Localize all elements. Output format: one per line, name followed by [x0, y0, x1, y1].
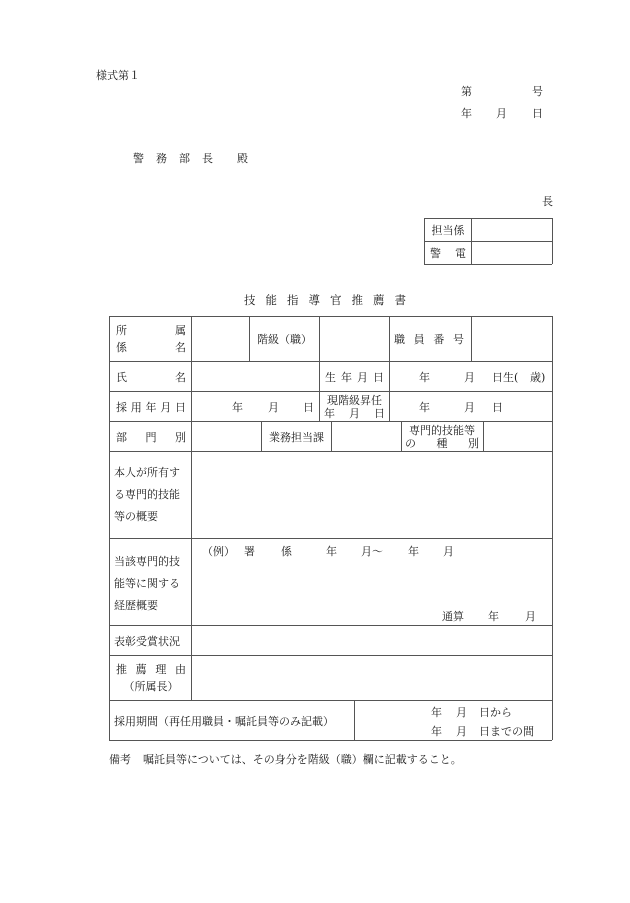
- awards-label: 表彰受賞状況: [114, 626, 190, 655]
- remarks-note: 備考嘱託員等については、その身分を階級（職）欄に記載すること。: [109, 751, 462, 767]
- doc-number-suffix: 号: [532, 83, 543, 99]
- sender-suffix: 長: [542, 193, 553, 209]
- department-label: 部門別: [116, 422, 186, 451]
- name-label: 氏名: [116, 362, 186, 391]
- employment-period-field[interactable]: 年 月 日から 年 月 日までの間: [355, 701, 552, 740]
- career-example: （例）: [202, 543, 235, 559]
- rank-field[interactable]: [320, 317, 389, 361]
- birthdate-label: 生年月日: [325, 362, 384, 391]
- birthdate-field[interactable]: 年 月 日生( 歳): [390, 362, 552, 391]
- hire-date-field[interactable]: 年 月 日: [192, 392, 319, 421]
- remarks-text: 嘱託員等については、その身分を階級（職）欄に記載すること。: [143, 753, 462, 766]
- skill-type-label: 専門的技能等 の種別: [405, 422, 479, 451]
- promotion-date-label: 現階級昇任 年月日: [324, 392, 385, 421]
- date-year: 年: [461, 105, 472, 121]
- addressee-char: 警: [133, 152, 144, 165]
- duty-section-label: 業務担当課: [262, 422, 331, 451]
- contact-person-label: 担当係: [425, 219, 471, 241]
- affiliation-field[interactable]: [192, 317, 249, 361]
- name-field[interactable]: [192, 362, 319, 391]
- addressee: 警務部長殿: [133, 150, 248, 166]
- form-number: 様式第１: [96, 67, 140, 83]
- skills-summary-field[interactable]: [192, 452, 552, 538]
- staff-number-label: 職員番号: [394, 317, 464, 361]
- recommendation-reason-field[interactable]: [192, 656, 552, 700]
- addressee-char: 務: [156, 152, 167, 165]
- career-summary-label: 当該専門的技 能等に関する 経歴概要: [114, 539, 190, 625]
- skills-summary-label: 本人が所有す る専門的技能 等の概要: [114, 452, 190, 538]
- doc-number-prefix: 第: [461, 83, 472, 99]
- career-summary-field[interactable]: （例） 署 係 年 月～ 年 月 通算 年 月: [192, 539, 552, 625]
- affiliation-section-label: 所属 係名: [116, 317, 186, 361]
- promotion-date-field[interactable]: 年 月 日: [390, 392, 552, 421]
- date-month: 月: [496, 105, 507, 121]
- skill-type-field[interactable]: [484, 422, 552, 451]
- contact-phone-field[interactable]: [472, 242, 552, 264]
- date-day: 日: [532, 105, 543, 121]
- rank-label: 階級（職）: [250, 317, 319, 361]
- staff-number-field[interactable]: [472, 317, 552, 361]
- recommendation-reason-label: 推薦理由 （所属長）: [116, 656, 186, 700]
- hire-date-label: 採用年月日: [116, 392, 186, 421]
- addressee-honorific: 殿: [237, 152, 248, 165]
- department-field[interactable]: [192, 422, 261, 451]
- addressee-char: 部: [179, 152, 190, 165]
- addressee-char: 長: [202, 152, 213, 165]
- document-title: 技能指導官推薦書: [244, 292, 406, 308]
- awards-field[interactable]: [192, 626, 552, 655]
- career-total: 通算: [442, 608, 464, 624]
- employment-period-label: 採用期間（再任用職員・嘱託員等のみ記載）: [114, 701, 354, 740]
- contact-phone-label: 警電: [430, 242, 466, 264]
- contact-person-field[interactable]: [472, 219, 552, 241]
- duty-section-field[interactable]: [332, 422, 401, 451]
- remarks-label: 備考: [109, 753, 131, 766]
